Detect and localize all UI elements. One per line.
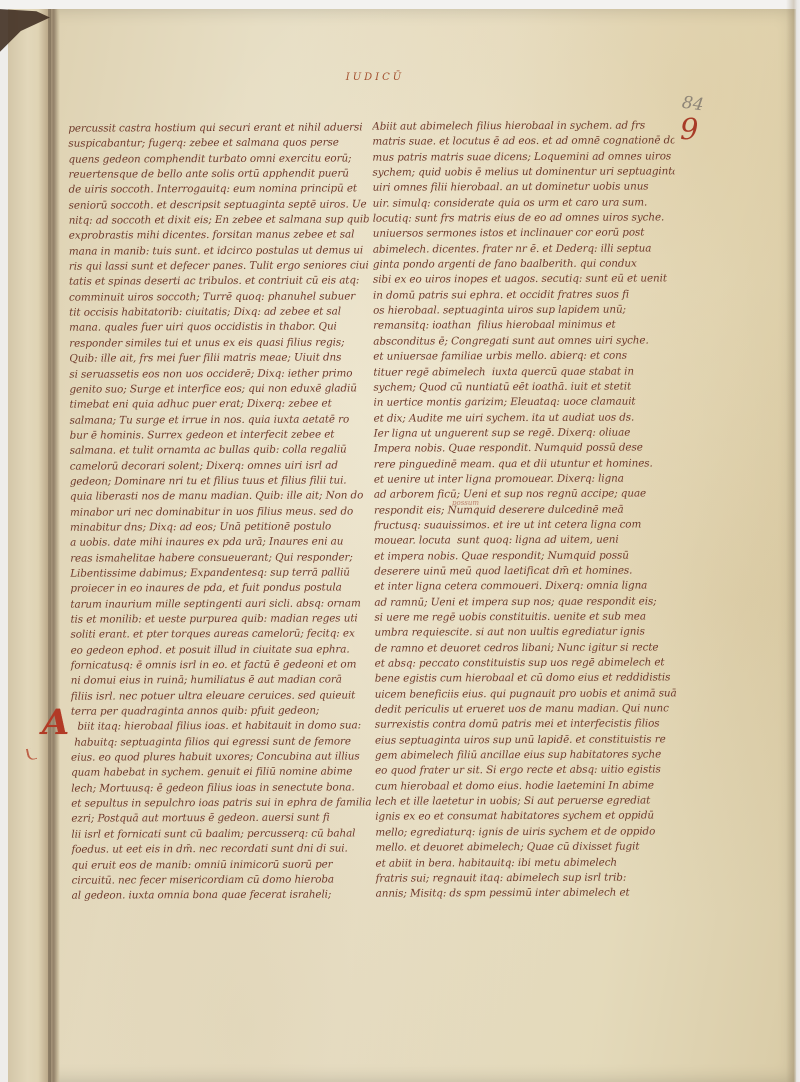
- text-line: cum hierobaal et domo eius. hodie laetem…: [375, 778, 677, 795]
- text-line: et abiit in bera. habitauitq: ibi metu a…: [375, 855, 677, 872]
- text-line: et uniuersae familiae urbis mello. abier…: [373, 348, 675, 365]
- text-line: circuitū. nec fecer misericordiam cū dom…: [72, 872, 372, 889]
- text-line: exprobrastis mihi dicentes. forsitan man…: [69, 228, 369, 245]
- text-line: camelorū decorari solent; Dixerq: omnes …: [70, 458, 370, 475]
- text-line: gedeon; Dominare nri tu et filius tuus e…: [70, 473, 370, 490]
- text-line: rere pinguedinē meam. qua et dii utuntur…: [374, 456, 676, 473]
- text-line: ginta pondo argenti de fano baalberith. …: [373, 256, 675, 273]
- text-line: deserere uinū meū quod laetificat dm̄ et…: [374, 563, 676, 580]
- text-line: annis; Misitq: ds spm pessimū inter abim…: [376, 886, 678, 903]
- text-line: lii isrl et fornicati sunt cū baalim; pe…: [71, 826, 371, 843]
- text-line: remansitq: ioathan filius hierobaal mini…: [373, 318, 675, 335]
- text-line: in domū patris sui ephra. et occidit fra…: [373, 287, 675, 304]
- text-line: eius. eo quod plures habuit uxores; Conc…: [71, 749, 371, 766]
- text-line: seniorū soccoth. et descripsit septuagin…: [69, 197, 369, 214]
- text-line: al gedeon. iuxta omnia bona quae fecerat…: [72, 888, 372, 905]
- text-line: et uenire ut inter ligna promouear. Dixe…: [374, 471, 676, 488]
- text-line: Impera nobis. Quae respondit. Numquid po…: [374, 441, 676, 458]
- text-line: sychem; Quod cū nuntiatū eēt ioathā. iui…: [373, 379, 675, 396]
- text-line: salmana; Tu surge et irrue in nos. quia …: [70, 412, 370, 429]
- text-line: ezri; Postquā aut mortuus ē gedeon. auer…: [71, 811, 371, 828]
- text-line: ad ramnū; Ueni et impera sup nos; quae r…: [374, 594, 676, 611]
- text-line: timebat eni quia adhuc puer erat; Dixerq…: [69, 397, 369, 414]
- text-line: dedit periculis ut erueret uos de manu m…: [375, 701, 677, 718]
- text-line: uir. simulq: considerate quia os urm et …: [373, 195, 675, 212]
- gutter-crease: [48, 8, 51, 1082]
- text-line: Abiit aut abimelech filius hierobaal in …: [372, 118, 674, 135]
- text-line: mus patris matris suae dicens; Loquemini…: [372, 149, 674, 166]
- text-line: et dix; Audite me uiri sychem. ita ut au…: [374, 410, 676, 427]
- text-line: mana. quales fuer uiri quos occidistis i…: [69, 320, 369, 337]
- text-line: Libentissime dabimus; Expandentesq: sup …: [70, 565, 370, 582]
- text-line: uiri omnes filii hierobaal. an ut domine…: [373, 180, 675, 197]
- text-line: filiis isrl. nec potuer ultra eleuare ce…: [71, 688, 371, 705]
- text-line: eo gedeon ephod. et posuit illud in ciui…: [71, 642, 371, 659]
- text-line: respondit eis; Numquid deserere dulcedin…: [374, 502, 676, 519]
- text-line: suspicabantur; fugerq: zebee et salmana …: [68, 136, 368, 153]
- chapter-number: 9: [680, 112, 698, 146]
- text-line: nitq: ad soccoth et dixit eis; En zebee …: [69, 212, 369, 229]
- background-top-strip: [0, 0, 800, 9]
- text-line: os hierobaal. septuaginta uiros sup lapi…: [373, 302, 675, 319]
- text-line: percussit castra hostium qui securi eran…: [68, 120, 368, 137]
- text-line: mello. et deuoret abimelech; Quae cū dix…: [375, 839, 677, 856]
- text-line: qui eruit eos de manib: omniū inimicorū …: [71, 857, 371, 874]
- text-line: sibi ex eo uiros inopes et uagos. secuti…: [373, 272, 675, 289]
- text-line: absconditus ē; Congregati sunt aut omnes…: [373, 333, 675, 350]
- text-line: soliti erant. et pter torques aureas cam…: [70, 627, 370, 644]
- text-line: mello; egrediaturq: ignis de uiris syche…: [375, 824, 677, 841]
- text-line: comminuit uiros soccoth; Turrē quoq: pha…: [69, 289, 369, 306]
- text-line: eo quod frater ur sit. Si ergo recte et …: [375, 763, 677, 780]
- text-line: et inter ligna cetera commoueri. Dixerq:…: [374, 579, 676, 596]
- text-line: fornicatusq: ē omnis isrl in eo. et fact…: [71, 657, 371, 674]
- text-line: surrexistis contra domū patris mei et in…: [375, 717, 677, 734]
- text-line: genito suo; Surge et interfice eos; qui …: [69, 381, 369, 398]
- book-gutter: [8, 8, 60, 1082]
- text-line: Ier ligna ut unguerent sup se regē. Dixe…: [374, 425, 676, 442]
- text-line: gem abimelech filiū ancillae eius sup ha…: [375, 747, 677, 764]
- text-line: reas ismahelitae habere consueuerant; Qu…: [70, 550, 370, 567]
- text-line: ad arborem ficū; Ueni et sup nos regnū a…: [374, 487, 676, 504]
- text-line: tis et monilib: et ueste purpurea quib: …: [70, 611, 370, 628]
- text-line: ris qui lassi sunt et defecer panes. Tul…: [69, 258, 369, 275]
- text-line: mana in manib: tuis sunt. et idcirco pos…: [69, 243, 369, 260]
- text-line: quam habebat in sychem. genuit ei filiū …: [71, 765, 371, 782]
- text-line: salmana. et tulit ornamta ac bullas quib…: [70, 443, 370, 460]
- text-line: ni domui eius in ruinā; humiliatus ē aut…: [71, 673, 371, 690]
- text-line: fructusq: suauissimos. et ire ut int cet…: [374, 517, 676, 534]
- text-line: et impera nobis. Quae respondit; Numquid…: [374, 548, 676, 565]
- text-line: uicem beneficiis eius. qui pugnauit pro …: [375, 686, 677, 703]
- text-line: umbra requiescite. si aut non uultis egr…: [374, 625, 676, 642]
- text-line: tit occisis habitatorib: ciuitatis; Dixq…: [69, 304, 369, 321]
- text-line: lech; Mortuusq: ē gedeon filius ioas in …: [71, 780, 371, 797]
- text-line: locutiq: sunt frs matris eius de eo ad o…: [373, 210, 675, 227]
- text-line: a uobis. date mihi inaures ex pda urā; I…: [70, 535, 370, 552]
- text-line: uniuersos sermones istos et inclinauer c…: [373, 226, 675, 243]
- interlinear-gloss: possum: [452, 499, 479, 507]
- text-line: si seruassetis eos non uos occiderē; Dix…: [69, 366, 369, 383]
- text-line: sychem; quid uobis ē melius ut dominentu…: [372, 164, 674, 181]
- text-line: de ramno et deuoret cedros libani; Nunc …: [375, 640, 677, 657]
- text-line: habuitq: septuaginta filios qui egressi …: [71, 734, 371, 751]
- text-line: tituer regē abimelech iuxta quercū quae …: [373, 364, 675, 381]
- text-line: et sepultus in sepulchro ioas patris sui…: [71, 795, 371, 812]
- text-line: minabor uri nec dominabitur in uos filiu…: [70, 504, 370, 521]
- text-line: mouear. locuta sunt quoq: ligna ad uitem…: [374, 533, 676, 550]
- text-line: matris suae. et locutus ē ad eos. et ad …: [372, 134, 674, 151]
- text-line: biit itaq: hierobaal filius ioas. et hab…: [71, 719, 371, 736]
- text-line: Quib: ille ait, frs mei fuer filii matri…: [69, 351, 369, 368]
- running-title: IUDICŪ: [300, 72, 450, 83]
- rubric-initial-a: A: [42, 706, 69, 740]
- text-line: terra per quadraginta annos quib: pfuit …: [71, 703, 371, 720]
- text-line: ignis ex eo et consumat habitatores sych…: [375, 809, 677, 826]
- text-line: foedus. ut eet eis in dm̄. nec recordati…: [71, 841, 371, 858]
- text-line: de uiris soccoth. Interrogauitq: eum nom…: [69, 182, 369, 199]
- text-line: proiecer in eo inaures de pda, et fuit p…: [70, 581, 370, 598]
- text-line: abimelech. dicentes. frater nr ē. et Ded…: [373, 241, 675, 258]
- text-column-left: percussit castra hostium qui securi eran…: [68, 120, 371, 913]
- text-line: responder similes tui et unus ex eis qua…: [69, 335, 369, 352]
- text-line: et absq: peccato constituistis sup uos r…: [375, 655, 677, 672]
- text-column-right: Abiit aut abimelech filius hierobaal in …: [372, 118, 677, 919]
- text-line: si uere me regē uobis constituitis. ueni…: [374, 609, 676, 626]
- text-line: bene egistis cum hierobaal et cū domo ei…: [375, 671, 677, 688]
- page-fore-edge: [786, 0, 800, 1082]
- text-line: in uertice montis garizim; Eleuataq: uoc…: [373, 395, 675, 412]
- text-line: bur ē hominis. Surrex gedeon et interfec…: [70, 427, 370, 444]
- text-line: quia liberasti nos de manu madian. Quib:…: [70, 489, 370, 506]
- text-line: tarum inaurium mille septingenti auri si…: [70, 596, 370, 613]
- text-line: quens gedeon comphendit turbato omni exe…: [68, 151, 368, 168]
- text-line: lech et ille laetetur in uobis; Si aut p…: [375, 793, 677, 810]
- text-line: eius septuaginta uiros sup unū lapidē. e…: [375, 732, 677, 749]
- text-line: reuertensque de bello ante solis ortū ap…: [68, 166, 368, 183]
- text-line: minabitur dns; Dixq: ad eos; Unā petitio…: [70, 519, 370, 536]
- text-line: tatis et spinas deserti ac tribulos. et …: [69, 274, 369, 291]
- text-line: fratris sui; regnauit itaq: abimelech su…: [376, 870, 678, 887]
